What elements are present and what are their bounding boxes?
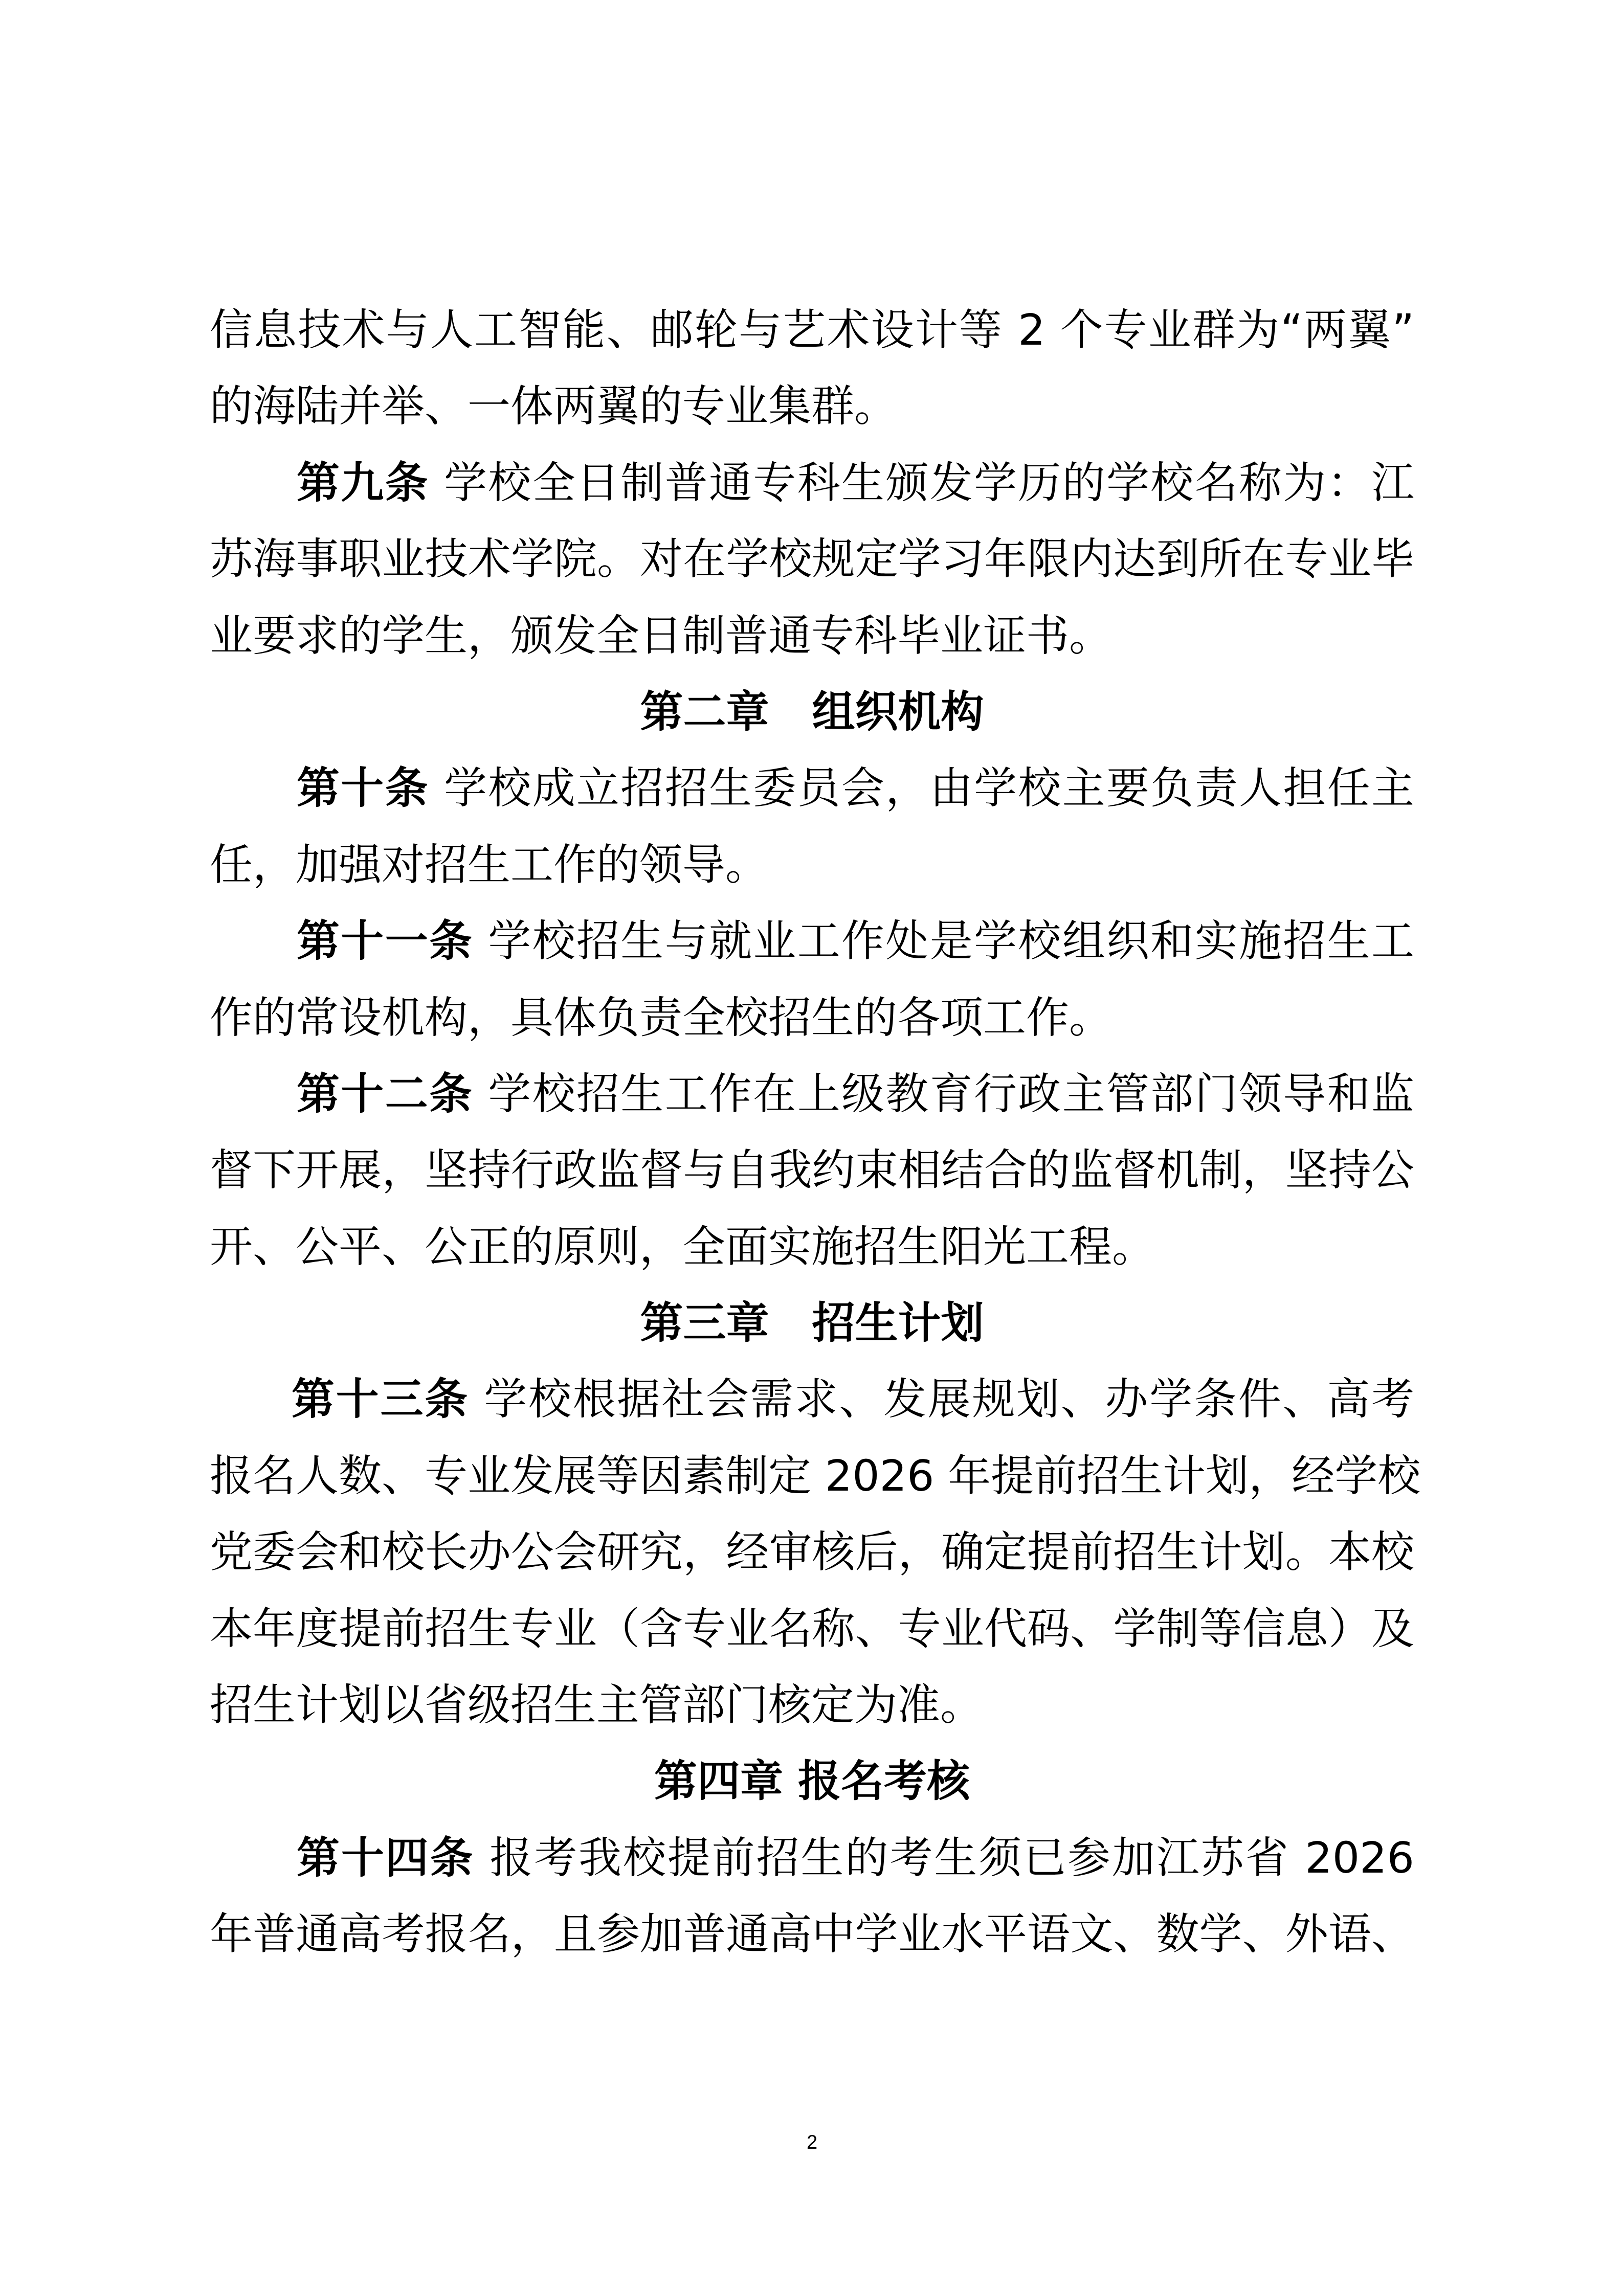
article-text: 学校成立招招生委员会，由学校主要负责人担任主 <box>429 763 1414 813</box>
document-body: 信息技术与人工智能、邮轮与艺术设计等 2 个专业群为“两翼” 的海陆并举、一体两… <box>210 292 1414 1973</box>
text-line: 报名人数、专业发展等因素制定 2026 年提前招生计划，经学校 <box>210 1438 1414 1514</box>
article-label: 第十四条 <box>297 1833 475 1883</box>
text-line: 党委会和校长办公会研究，经审核后，确定提前招生计划。本校 <box>210 1514 1414 1590</box>
text-line: 督下开展，坚持行政监督与自我约束相结合的监督机制，坚持公 <box>210 1132 1414 1208</box>
text-line: 作的常设机构，具体负责全校招生的各项工作。 <box>210 980 1414 1056</box>
text-line: 的海陆并举、一体两翼的专业集群。 <box>210 368 1414 444</box>
article-text: 报考我校提前招生的考生须已参加江苏省 2026 <box>475 1833 1414 1883</box>
document-page: 信息技术与人工智能、邮轮与艺术设计等 2 个专业群为“两翼” 的海陆并举、一体两… <box>0 0 1624 2296</box>
text-line: 苏海事职业技术学院。对在学校规定学习年限内达到所在专业毕 <box>210 521 1414 597</box>
text-line: 任，加强对招生工作的领导。 <box>210 827 1414 903</box>
article-label: 第十条 <box>297 763 429 813</box>
article-13-line: 第十三条 学校根据社会需求、发展规划、办学条件、高考 <box>210 1361 1414 1437</box>
chapter-heading: 第三章 招生计划 <box>210 1285 1414 1361</box>
article-9-line: 第九条 学校全日制普通专科生颁发学历的学校名称为：江 <box>210 445 1414 521</box>
text-line: 招生计划以省级招生主管部门核定为准。 <box>210 1667 1414 1743</box>
chapter-heading: 第四章 报名考核 <box>210 1743 1414 1819</box>
article-12-line: 第十二条 学校招生工作在上级教育行政主管部门领导和监 <box>210 1056 1414 1132</box>
text-line: 业要求的学生，颁发全日制普通专科毕业证书。 <box>210 598 1414 674</box>
chapter-heading: 第二章 组织机构 <box>210 674 1414 750</box>
article-text: 学校根据社会需求、发展规划、办学条件、高考 <box>469 1374 1414 1424</box>
article-text: 学校全日制普通专科生颁发学历的学校名称为：江 <box>429 458 1414 508</box>
article-11-line: 第十一条 学校招生与就业工作处是学校组织和实施招生工 <box>210 903 1414 979</box>
article-label: 第九条 <box>297 458 429 508</box>
article-text: 学校招生工作在上级教育行政主管部门领导和监 <box>473 1069 1414 1119</box>
text-line: 开、公平、公正的原则，全面实施招生阳光工程。 <box>210 1209 1414 1285</box>
text-line: 年普通高考报名，且参加普通高中学业水平语文、数学、外语、 <box>210 1896 1414 1972</box>
article-label: 第十一条 <box>297 916 473 966</box>
text-line: 本年度提前招生专业（含专业名称、专业代码、学制等信息）及 <box>210 1591 1414 1667</box>
page-number: 2 <box>0 2127 1624 2158</box>
article-label: 第十二条 <box>297 1069 473 1119</box>
article-text: 学校招生与就业工作处是学校组织和实施招生工 <box>473 916 1414 966</box>
text-line: 信息技术与人工智能、邮轮与艺术设计等 2 个专业群为“两翼” <box>210 292 1414 368</box>
article-label: 第十三条 <box>292 1374 469 1424</box>
article-10-line: 第十条 学校成立招招生委员会，由学校主要负责人担任主 <box>210 750 1414 826</box>
article-14-line: 第十四条 报考我校提前招生的考生须已参加江苏省 2026 <box>210 1820 1414 1896</box>
